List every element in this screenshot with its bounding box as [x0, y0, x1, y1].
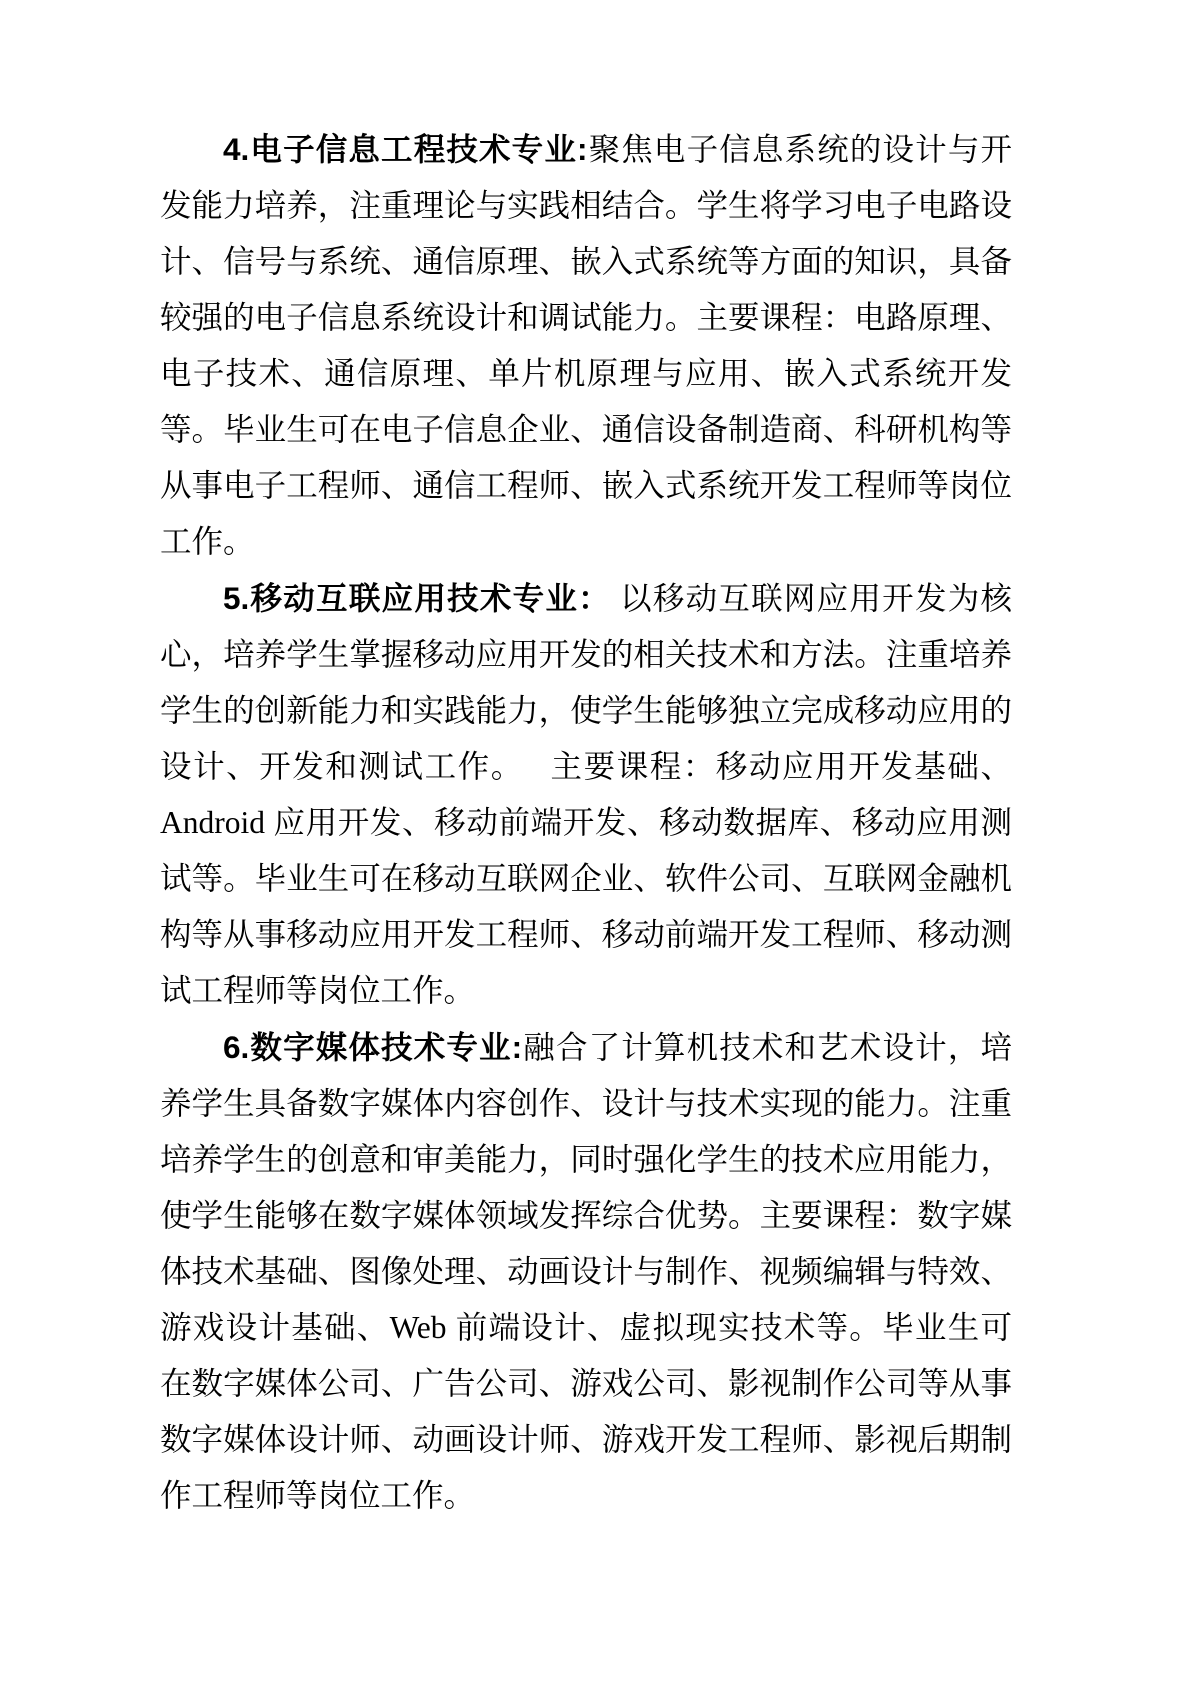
- paragraph-major-4: 4.电子信息工程技术专业:聚焦电子信息系统的设计与开发能力培养，注重理论与实践相…: [160, 121, 1012, 570]
- paragraph-major-6: 6.数字媒体技术专业:融合了计算机技术和艺术设计，培养学生具备数字媒体内容创作、…: [160, 1019, 1012, 1524]
- paragraph-4-body: 聚焦电子信息系统的设计与开发能力培养，注重理论与实践相结合。学生将学习电子电路设…: [160, 132, 1012, 559]
- document-page: 4.电子信息工程技术专业:聚焦电子信息系统的设计与开发能力培养，注重理论与实践相…: [0, 0, 1191, 1684]
- document-content: 4.电子信息工程技术专业:聚焦电子信息系统的设计与开发能力培养，注重理论与实践相…: [160, 121, 1012, 1524]
- paragraph-6-body: 融合了计算机技术和艺术设计，培养学生具备数字媒体内容创作、设计与技术实现的能力。…: [160, 1030, 1012, 1513]
- paragraph-5-heading: 5.移动互联应用技术专业：: [223, 580, 611, 616]
- paragraph-6-heading: 6.数字媒体技术专业:: [223, 1029, 522, 1065]
- paragraph-4-heading: 4.电子信息工程技术专业:: [223, 131, 587, 167]
- paragraph-5-body: 以移动互联网应用开发为核心，培养学生掌握移动应用开发的相关技术和方法。注重培养学…: [160, 581, 1012, 1008]
- paragraph-major-5: 5.移动互联应用技术专业： 以移动互联网应用开发为核心，培养学生掌握移动应用开发…: [160, 570, 1012, 1019]
